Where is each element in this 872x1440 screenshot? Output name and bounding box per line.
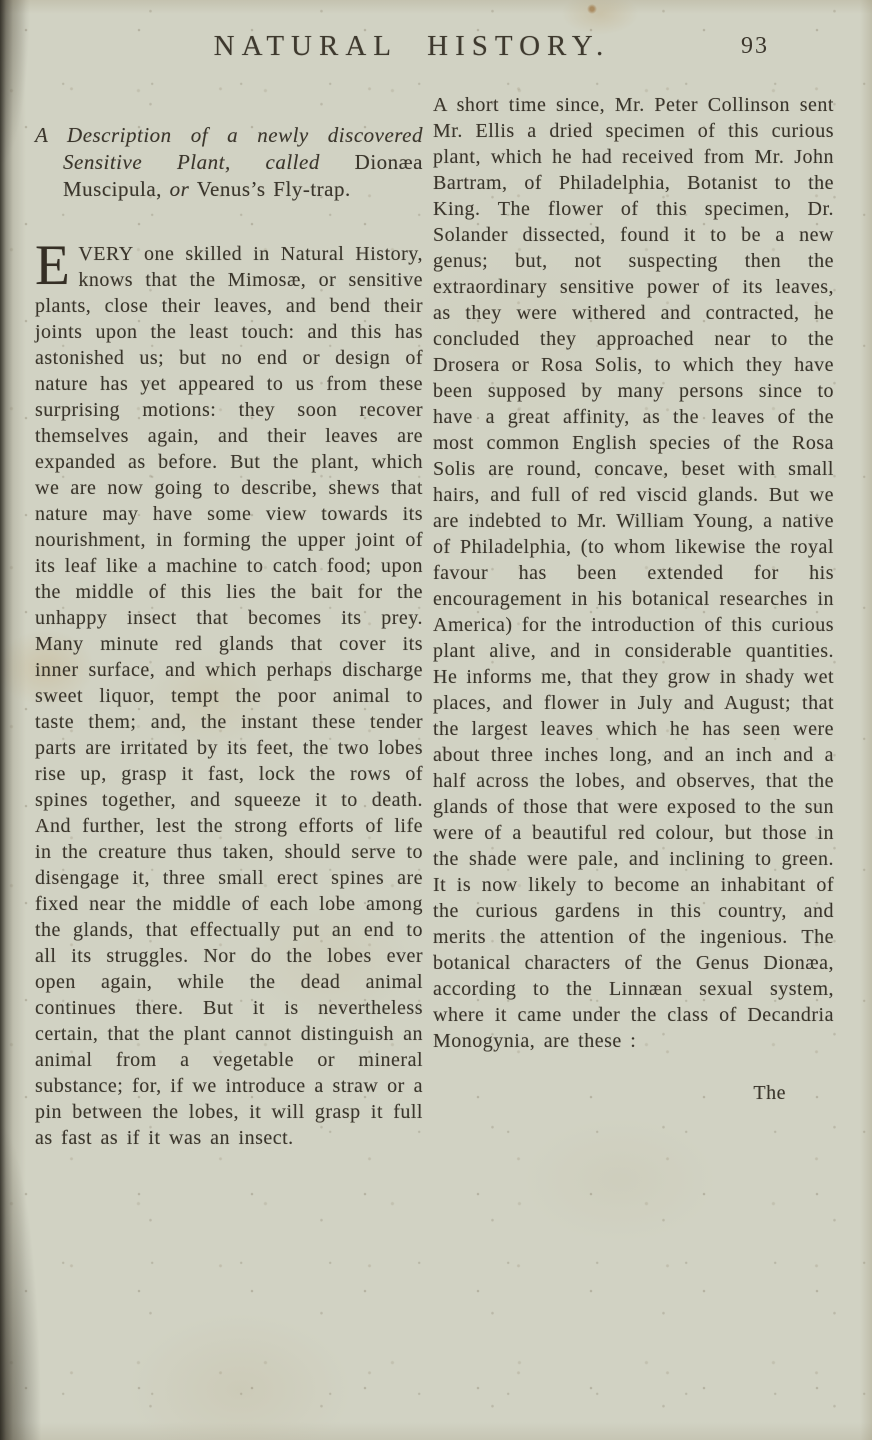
scanned-page: NATURAL HISTORY. 93 A Description of a n… xyxy=(0,0,872,1440)
right-column: A short time since, Mr. Peter Collinson … xyxy=(433,92,834,1106)
page-number: 93 xyxy=(741,33,769,60)
left-column-paragraph: EVERY one skilled in Natural History, kn… xyxy=(35,241,423,1151)
heading-connector: or xyxy=(170,177,190,201)
page-header: NATURAL HISTORY. 93 xyxy=(35,30,837,70)
heading-common-name: Venus’s Fly-trap. xyxy=(197,177,351,201)
left-column: A Description of a newly discovered Sens… xyxy=(35,122,423,1151)
left-paragraph-text: VERY one skilled in Natural History, kno… xyxy=(35,243,423,1149)
article-heading: A Description of a newly discovered Sens… xyxy=(35,122,423,203)
right-column-paragraph: A short time since, Mr. Peter Collinson … xyxy=(433,92,834,1054)
drop-cap-letter: E xyxy=(35,241,78,288)
catchword: The xyxy=(433,1080,834,1106)
running-head-title: NATURAL HISTORY. xyxy=(214,30,611,63)
